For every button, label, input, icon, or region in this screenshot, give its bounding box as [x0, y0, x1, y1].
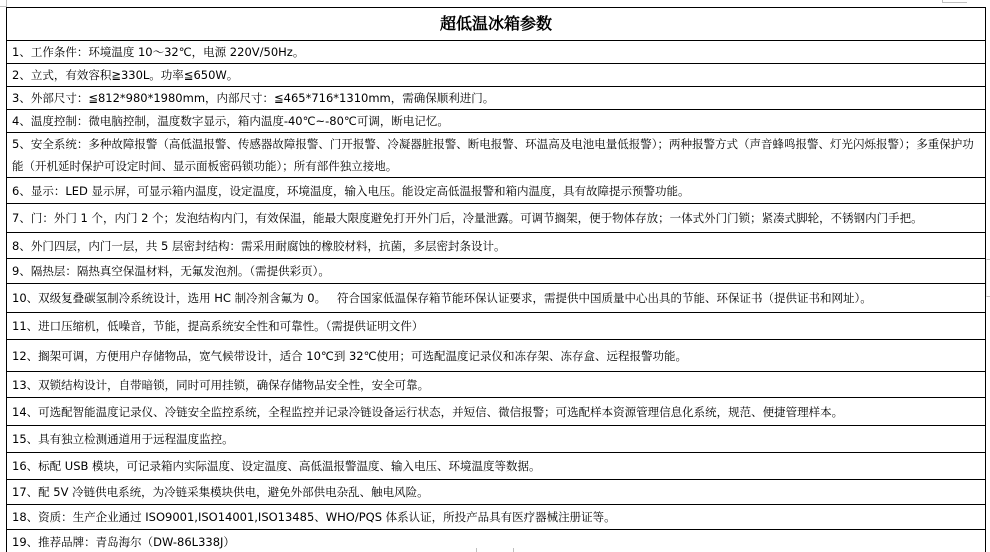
table-row: 7、门：外门 1 个，内门 2 个；发泡结构内门，有效保温，能最大限度避免打开外…	[7, 204, 986, 233]
table-row: 1、工作条件：环境温度 10～32℃，电源 220V/50Hz。	[7, 41, 986, 64]
table-title: 超低温冰箱参数	[7, 8, 986, 41]
spec-item-2: 2、立式，有效容积≧330L。功率≦650W。	[7, 64, 986, 87]
spec-item-7: 7、门：外门 1 个，内门 2 个；发泡结构内门，有效保温，能最大限度避免打开外…	[7, 204, 986, 233]
spec-item-12: 12、搁架可调，方便用户存储物品，宽气候带设计，适合 10℃到 32℃使用；可选…	[7, 340, 986, 372]
table-row: 16、标配 USB 模块，可记录箱内实际温度、设定温度、高低温报警温度、输入电压…	[7, 453, 986, 480]
table-row: 2、立式，有效容积≧330L。功率≦650W。	[7, 64, 986, 87]
spec-item-8: 8、外门四层，内门一层，共 5 层密封结构：需采用耐腐蚀的橡胶材料，抗菌，多层密…	[7, 233, 986, 259]
table-row: 18、资质：生产企业通过 ISO9001,ISO14001,ISO13485、W…	[7, 505, 986, 530]
table-resize-handle[interactable]	[986, 259, 990, 297]
spec-item-19: 19、推荐品牌：青岛海尔（DW-86L338J）	[7, 530, 986, 552]
table-row: 19、推荐品牌：青岛海尔（DW-86L338J）	[7, 530, 986, 552]
page-corner-mark	[0, 0, 7, 7]
spec-item-17: 17、配 5V 冷链供电系统，为冷链采集模块供电，避免外部供电杂乱、触电风险。	[7, 480, 986, 505]
spec-item-1: 1、工作条件：环境温度 10～32℃，电源 220V/50Hz。	[7, 41, 986, 64]
spec-item-10: 10、双级复叠碳氢制冷系统设计，选用 HC 制冷剂含氟为 0。 符合国家低温保存…	[7, 284, 986, 313]
table-row: 10、双级复叠碳氢制冷系统设计，选用 HC 制冷剂含氟为 0。 符合国家低温保存…	[7, 284, 986, 313]
spec-item-3: 3、外部尺寸：≦812*980*1980mm，内部尺寸：≦465*716*131…	[7, 87, 986, 110]
table-row: 5、安全系统：多种故障报警（高低温报警、传感器故障报警、门开报警、冷凝器脏报警、…	[7, 133, 986, 178]
table-row: 15、具有独立检测通道用于远程温度监控。	[7, 426, 986, 453]
table-row: 4、温度控制：微电脑控制，温度数字显示，箱内温度-40℃~-80℃可调，断电记忆…	[7, 110, 986, 133]
table-row: 8、外门四层，内门一层，共 5 层密封结构：需采用耐腐蚀的橡胶材料，抗菌，多层密…	[7, 233, 986, 259]
spec-item-13: 13、双锁结构设计，自带暗锁，同时可用挂锁，确保存储物品安全性，安全可靠。	[7, 372, 986, 398]
page-corner-mark-right	[942, 0, 967, 3]
table-row: 12、搁架可调，方便用户存储物品，宽气候带设计，适合 10℃到 32℃使用；可选…	[7, 340, 986, 372]
spec-item-9: 9、隔热层：隔热真空保温材料，无氟发泡剂。（需提供彩页）。	[7, 259, 986, 284]
table-row: 6、显示：LED 显示屏，可显示箱内温度，设定温度，环境温度，输入电压。能设定高…	[7, 178, 986, 204]
table-row: 14、可选配智能温度记录仪、冷链安全监控系统，全程监控并记录冷链设备运行状态，并…	[7, 398, 986, 426]
table-row: 3、外部尺寸：≦812*980*1980mm，内部尺寸：≦465*716*131…	[7, 87, 986, 110]
table-row: 17、配 5V 冷链供电系统，为冷链采集模块供电，避免外部供电杂乱、触电风险。	[7, 480, 986, 505]
spec-item-18: 18、资质：生产企业通过 ISO9001,ISO14001,ISO13485、W…	[7, 505, 986, 530]
table-row: 13、双锁结构设计，自带暗锁，同时可用挂锁，确保存储物品安全性，安全可靠。	[7, 372, 986, 398]
spec-item-15: 15、具有独立检测通道用于远程温度监控。	[7, 426, 986, 453]
spec-item-5: 5、安全系统：多种故障报警（高低温报警、传感器故障报警、门开报警、冷凝器脏报警、…	[7, 133, 986, 178]
table-row: 9、隔热层：隔热真空保温材料，无氟发泡剂。（需提供彩页）。	[7, 259, 986, 284]
spec-item-14: 14、可选配智能温度记录仪、冷链安全监控系统，全程监控并记录冷链设备运行状态，并…	[7, 398, 986, 426]
spec-item-11: 11、进口压缩机，低噪音，节能，提高系统安全性和可靠性。（需提供证明文件）	[7, 313, 986, 340]
spec-table: 超低温冰箱参数 1、工作条件：环境温度 10～32℃，电源 220V/50Hz。…	[6, 7, 986, 552]
spec-item-16: 16、标配 USB 模块，可记录箱内实际温度、设定温度、高低温报警温度、输入电压…	[7, 453, 986, 480]
table-row: 11、进口压缩机，低噪音，节能，提高系统安全性和可靠性。（需提供证明文件）	[7, 313, 986, 340]
title-row: 超低温冰箱参数	[7, 8, 986, 41]
spec-item-6: 6、显示：LED 显示屏，可显示箱内温度，设定温度，环境温度，输入电压。能设定高…	[7, 178, 986, 204]
spec-item-4: 4、温度控制：微电脑控制，温度数字显示，箱内温度-40℃~-80℃可调，断电记忆…	[7, 110, 986, 133]
